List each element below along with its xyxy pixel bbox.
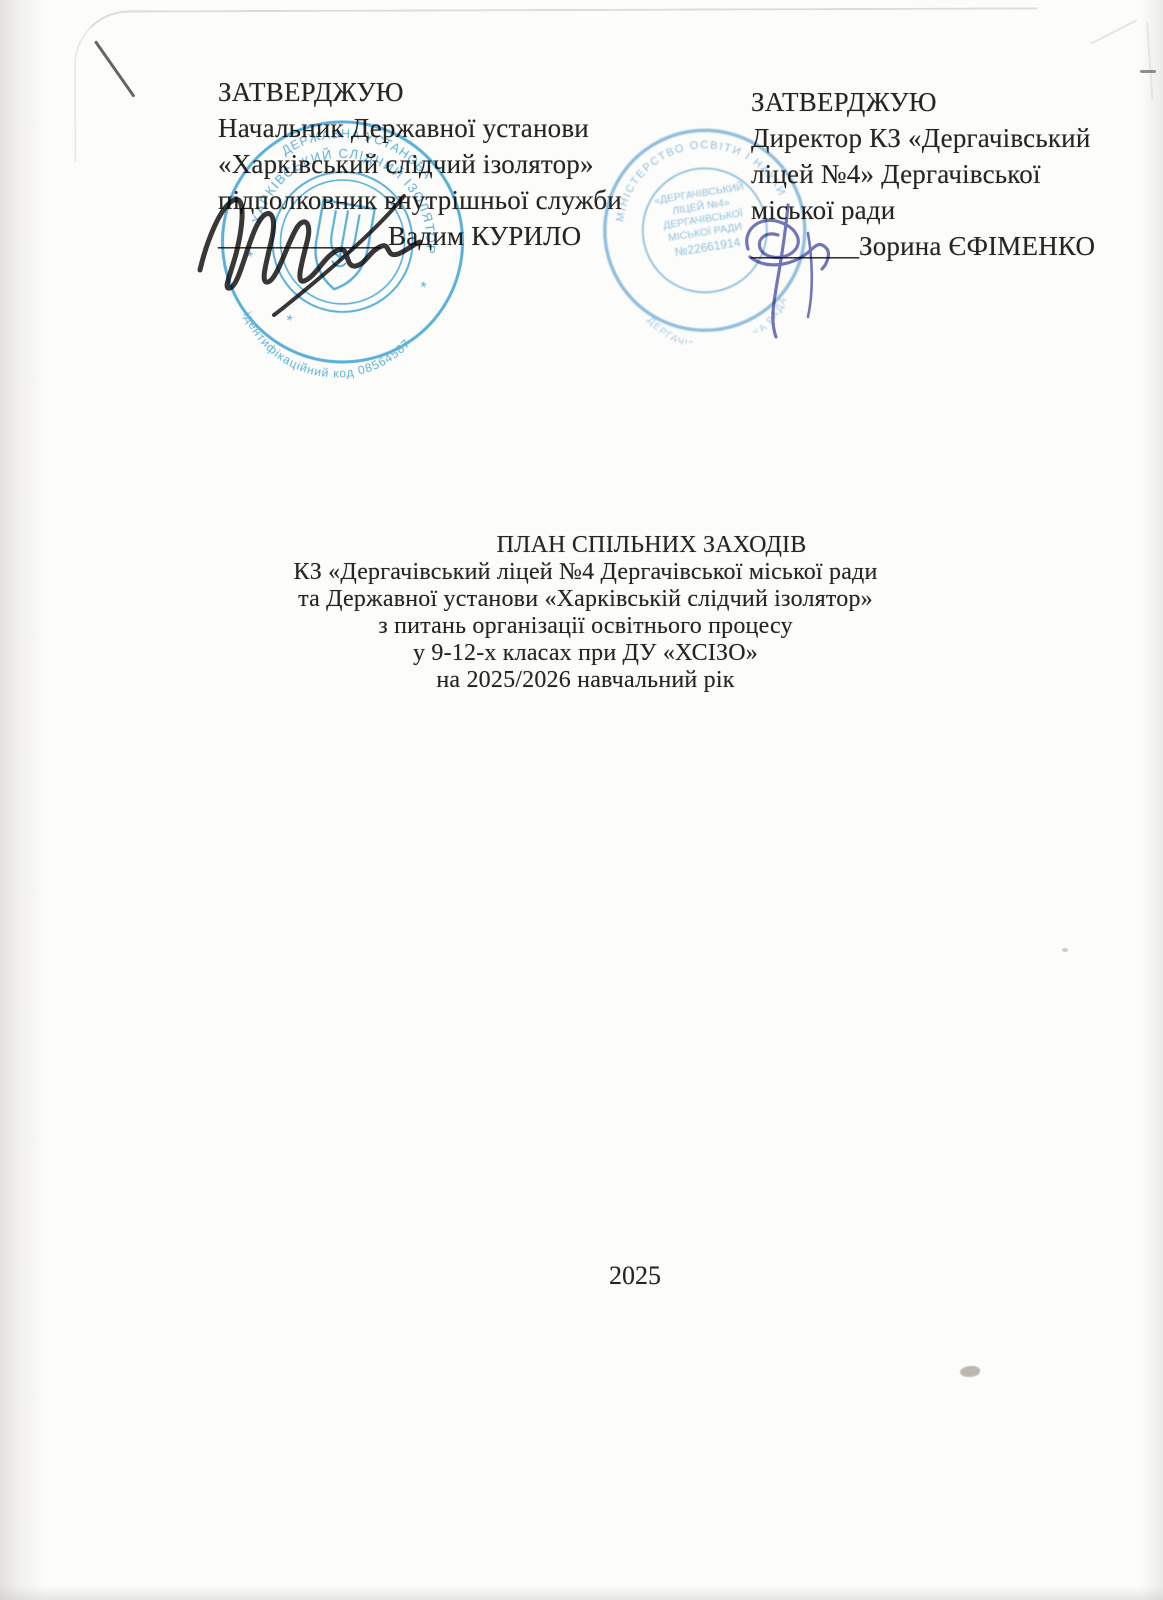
title-line: ПЛАН СПІЛЬНИХ ЗАХОДІВ [70, 532, 1163, 559]
scan-mark [1140, 70, 1156, 73]
title-line: на 2025/2026 навчальний рік [4, 667, 1163, 694]
stamp-arc-text: ідентифікаційний код 08564587 [232, 308, 415, 395]
scan-speck [1062, 948, 1068, 952]
approval-heading: ЗАТВЕРДЖУЮ [751, 84, 1131, 120]
approval-block-left: ЗАТВЕРДЖУЮ Начальник Державної установи … [218, 74, 658, 254]
approval-block-right: ЗАТВЕРДЖУЮ Директор КЗ «Дергачівський лі… [751, 84, 1131, 264]
title-line: з питань організації освітнього процесу [4, 613, 1163, 640]
stamp-center-line: «ДЕРГАЧІВСЬКИЙ [653, 180, 744, 207]
signature-line: ________ [751, 231, 859, 261]
stamp-star: * [284, 312, 293, 330]
approval-line: ліцей №4» Дергачівської [751, 156, 1131, 192]
approval-line: міської ради [751, 192, 1131, 228]
approval-line: Директор КЗ «Дергачівський [751, 120, 1131, 156]
paper-edge-right [1141, 0, 1163, 1600]
signature-row: ____________Вадим КУРИЛО [218, 218, 658, 254]
scan-crease [1090, 19, 1137, 44]
signature-line: ____________ [218, 221, 380, 251]
stamp-center-line: ЛІЦЕЙ №4» [671, 195, 730, 217]
title-line: КЗ «Дергачівський ліцей №4 Дергачівської… [4, 559, 1163, 586]
svg-text:ідентифікаційний код 08564587: ідентифікаційний код 08564587 [232, 308, 415, 395]
signature-row: ________Зорина ЄФІМЕНКО [751, 228, 1131, 264]
stamp-star: * [418, 279, 427, 297]
svg-text:ДЕРГАЧІВСЬКА МІСЬКА РАДА: ДЕРГАЧІВСЬКА МІСЬКА РАДА [644, 294, 797, 355]
stamp-center-line: МІСЬКОЇ РАДИ [667, 221, 742, 244]
signatory-name: Зорина ЄФІМЕНКО [859, 231, 1095, 261]
stamp-center-line: ДЕРГАЧІВСЬКОЇ [662, 207, 743, 231]
footer-year: 2025 [0, 1261, 1163, 1291]
scanned-document-page: ЗАТВЕРДЖУЮ Начальник Державної установи … [0, 0, 1163, 1600]
approval-line: «Харківський слідчий ізолятор» [218, 146, 658, 182]
approval-line: Начальник Державної установи [218, 110, 658, 146]
document-title-block: ПЛАН СПІЛЬНИХ ЗАХОДІВ КЗ «Дергачівський … [4, 532, 1163, 694]
title-line: у 9-12-х класах при ДУ «ХСІЗО» [4, 640, 1163, 667]
title-line: та Державної установи «Харківській слідч… [4, 586, 1163, 613]
stamp-center-line: №22661914 [674, 235, 742, 259]
approval-heading: ЗАТВЕРДЖУЮ [218, 74, 658, 110]
signatory-name: Вадим КУРИЛО [388, 221, 581, 251]
paper-edge-left [0, 0, 46, 1600]
ink-smudge [960, 1366, 980, 1377]
approval-line: підполковник внутрішньої служби [218, 182, 658, 218]
paper-edge-bottom [0, 1586, 1163, 1600]
stamp-arc-text: ДЕРГАЧІВСЬКА МІСЬКА РАДА [644, 294, 797, 355]
